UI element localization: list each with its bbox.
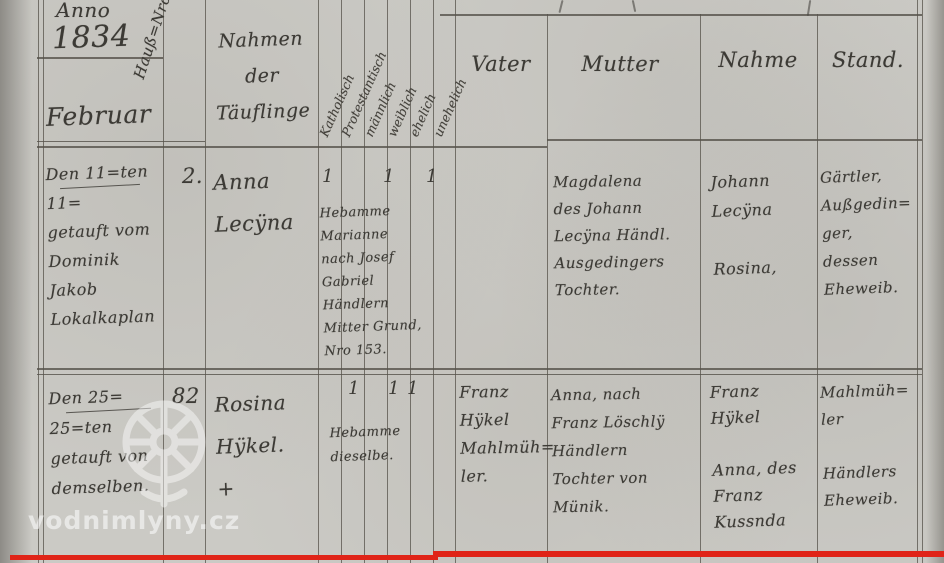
row2-godparent-stand-cell: Mahlmüh= ler Händlers Eheweib.	[820, 376, 925, 514]
row2-mark-ehelich: 1	[407, 378, 418, 399]
header-col-unehelich: unehelich	[430, 76, 469, 139]
waterwheel-icon	[112, 392, 217, 514]
red-progress-bar[interactable]	[433, 551, 944, 557]
row1-date-cell: Den 11=ten 11= getauft vom Dominik Jakob…	[45, 156, 171, 334]
pen-stroke	[632, 0, 636, 12]
row2-mark-weiblich: 1	[388, 378, 399, 399]
header-father-column: Vater	[458, 48, 544, 82]
header-godparent-stand-column: Stand.	[820, 44, 916, 78]
header-year: 1834	[51, 13, 131, 64]
pen-stroke	[558, 0, 563, 13]
table-line	[37, 146, 547, 148]
table-line	[37, 374, 922, 375]
header-house-number-column: Hauß=Nro	[127, 0, 177, 82]
page-edge-shadow-left	[0, 0, 32, 563]
scanned-register-page: Anno 1834 Februar Hauß=Nro Nahmen der Tä…	[0, 0, 944, 563]
watermark-text: vodnimlyny.cz	[28, 506, 248, 535]
row1-godparent-name-cell: Johann Lecÿna Rosina,	[710, 164, 819, 284]
table-line	[318, 0, 319, 563]
header-mother-column: Mutter	[555, 48, 685, 82]
row1-godparent-stand-cell: Gärtler, Außgedin= ger, dessen Eheweib.	[820, 160, 925, 303]
row1-midwife-note: Hebamme Marianne nach Josef Gabriel Händ…	[319, 198, 460, 364]
table-line	[38, 0, 39, 563]
row2-child-name: Rosina Hÿkel. +	[214, 380, 318, 509]
table-line	[37, 368, 922, 370]
page-edge-shadow-right	[926, 0, 944, 563]
row2-mother-cell: Anna, nach Franz Löschlÿ Händlern Tochte…	[551, 379, 701, 522]
row2-father-cell: Franz Hÿkel Mahlmüh= ler.	[459, 377, 549, 491]
row1-mark-katholisch: 1	[322, 166, 333, 187]
table-line	[43, 0, 44, 563]
header-month: Februar	[45, 94, 152, 138]
table-line	[440, 14, 922, 16]
header-godparent-name-column: Nahme	[704, 44, 812, 78]
row1-mark-unehelich: 1	[426, 166, 437, 187]
table-line	[547, 139, 922, 141]
header-name-column: Nahmen der Täuflinge	[206, 20, 318, 132]
row1-mark-weiblich: 1	[383, 166, 394, 187]
red-progress-bar[interactable]	[10, 555, 438, 560]
row2-mark-katholisch: 1	[348, 378, 359, 399]
row1-house-number: 2.	[182, 160, 203, 194]
row2-godparent-name-cell: Franz Hÿkel Anna, des Franz Kussnda	[709, 376, 819, 536]
row1-mother-cell: Magdalena des Johann Lecÿna Händl. Ausge…	[553, 167, 700, 305]
row2-midwife-note: Hebamme dieselbe.	[329, 418, 461, 471]
row1-child-name: Anna Lecÿna	[213, 158, 316, 245]
table-line	[37, 141, 205, 142]
